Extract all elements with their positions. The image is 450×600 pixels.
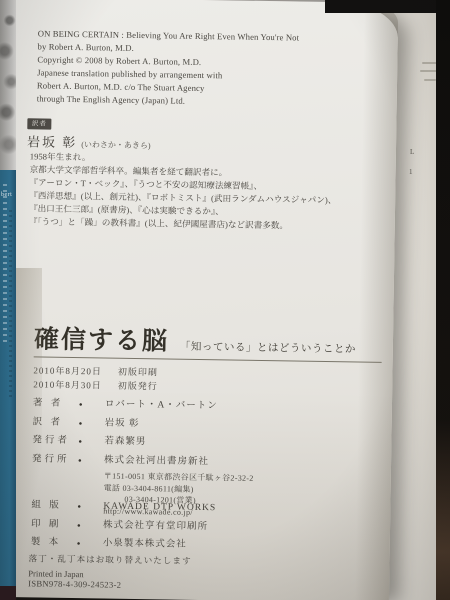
bullet-icon: ●	[77, 536, 103, 554]
copyright-line: through The English Agency (Japan) Ltd.	[37, 92, 299, 109]
translator-name-reading: (いわさか・あきら)	[81, 140, 150, 150]
bullet-icon: ●	[79, 397, 105, 415]
edition-date: 2010年8月20日	[33, 364, 102, 379]
colophon-page: ON BEING CERTAIN : Believing You Are Rig…	[0, 0, 398, 600]
bullet-icon: ●	[77, 499, 103, 517]
background-top	[325, 0, 450, 13]
credit-label: 訳 者	[33, 414, 79, 432]
page-showthrough-mark	[424, 79, 436, 81]
bullet-icon: ●	[78, 434, 104, 452]
author-photo-sliver	[0, 0, 16, 170]
bullet-icon: ●	[78, 416, 104, 434]
copyright-block: ON BEING CERTAIN : Believing You Are Rig…	[37, 27, 300, 109]
page-showthrough-mark	[420, 70, 437, 72]
credit-label: 発行者	[32, 432, 78, 450]
edition-note: 初版発行	[118, 379, 158, 393]
credit-label: 著 者	[33, 395, 79, 413]
production-credits: 組 版 ● KAWADE DTP WORKS 印 刷 ● 株式会社亨有堂印刷所 …	[31, 497, 362, 558]
flap-text-fragment: bert	[1, 192, 12, 198]
credit-label: 製 本	[31, 534, 77, 552]
page-showthrough-mark: 1	[409, 169, 413, 176]
author-photo-texture	[0, 0, 16, 170]
title-row: 確信する脳 「知っている」とはどういうことか	[34, 319, 357, 360]
edition-dates: 2010年8月20日 初版印刷 2010年8月30日 初版発行	[33, 364, 158, 393]
book-subtitle: 「知っている」とはどういうことか	[180, 339, 356, 357]
edition-note: 初版印刷	[118, 366, 158, 380]
bullet-icon: ●	[78, 453, 104, 471]
translator-name-row: 岩坂 彰(いわさか・あきら)	[27, 131, 151, 152]
defect-notice: 落丁・乱丁本はお取り替えいたします	[28, 552, 191, 567]
book-title: 確信する脳	[34, 319, 170, 357]
credit-label: 組 版	[31, 497, 77, 515]
flap-text-blur	[3, 184, 7, 344]
flap-text-blur	[9, 210, 12, 400]
translator-bio: 1958年生まれ。 京都大学文学部哲学科卒。編集者を経て翻訳者に。 『アーロン・…	[29, 150, 337, 233]
bullet-icon: ●	[77, 518, 103, 536]
credit-label: 発行所	[32, 451, 78, 469]
flap-blue-area: bert	[0, 170, 16, 586]
edition-row: 2010年8月30日 初版発行	[33, 378, 158, 393]
flap-bottom-edge	[0, 586, 16, 600]
book-colophon-photo: L 1 ON BEING CERTAIN : Believing You Are…	[0, 0, 450, 600]
translator-name: 岩坂 彰	[27, 134, 77, 150]
isbn: ISBN978-4-309-24523-2	[28, 578, 121, 589]
page-showthrough-mark	[422, 62, 437, 64]
page-showthrough-mark: L	[410, 149, 414, 156]
jacket-flap: bert	[0, 0, 16, 600]
background-right	[436, 0, 450, 600]
credit-label: 印 刷	[31, 516, 77, 534]
translator-tag: 訳者	[27, 118, 51, 129]
edition-date: 2010年8月30日	[33, 378, 102, 393]
